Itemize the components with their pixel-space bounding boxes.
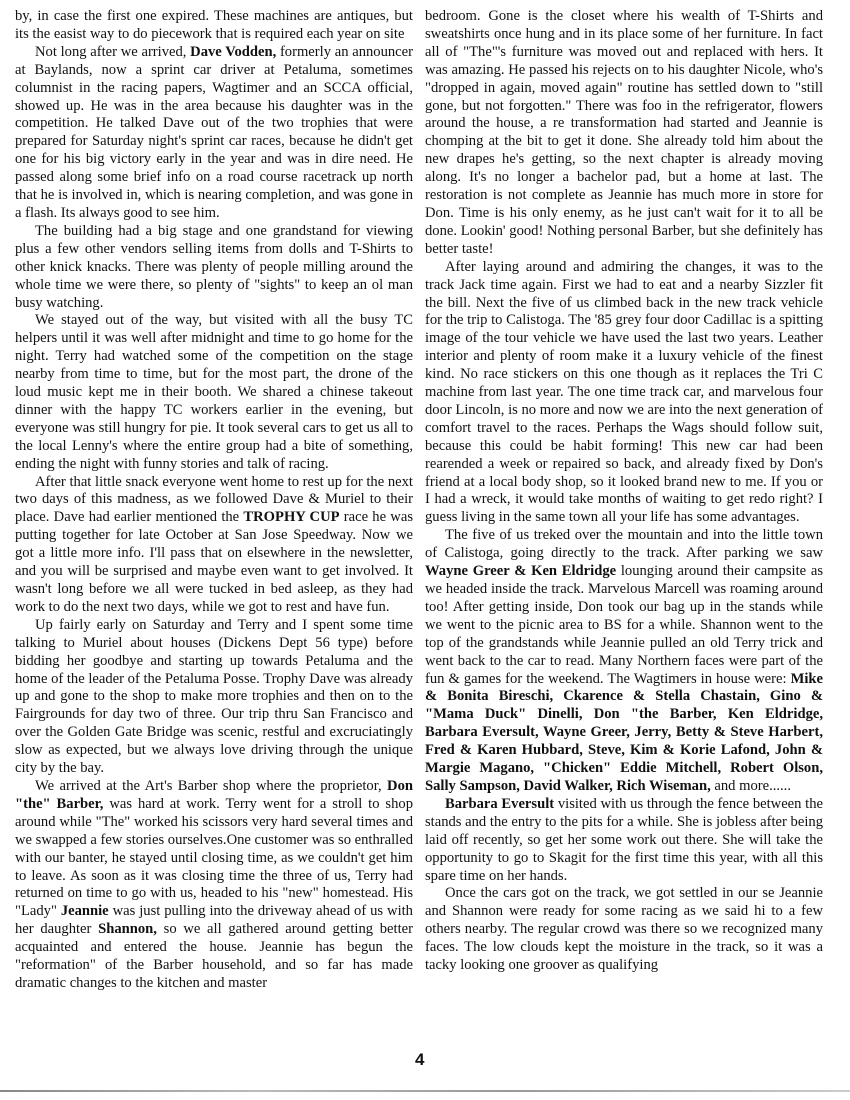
- paragraph: by, in case the first one expired. These…: [15, 8, 413, 44]
- paragraph: After that little snack everyone went ho…: [15, 474, 413, 617]
- paragraph: The building had a big stage and one gra…: [15, 223, 413, 313]
- bold-name: Dave Vodden,: [190, 44, 276, 60]
- bold-name: Shannon,: [98, 921, 157, 937]
- paragraph: bedroom. Gone is the closet where his we…: [425, 8, 823, 259]
- paragraph: We arrived at the Art's Barber shop wher…: [15, 778, 413, 993]
- paragraph: Barbara Eversult visited with us through…: [425, 796, 823, 886]
- paragraph: Up fairly early on Saturday and Terry an…: [15, 617, 413, 778]
- paragraph: We stayed out of the way, but visited wi…: [15, 312, 413, 473]
- paragraph: Not long after we arrived, Dave Vodden, …: [15, 44, 413, 223]
- bottom-rule-divider: [0, 1090, 850, 1092]
- paragraph: Once the cars got on the track, we got s…: [425, 885, 823, 975]
- bold-name: Barbara Eversult: [445, 796, 554, 812]
- newsletter-page: by, in case the first one expired. These…: [0, 0, 850, 1100]
- left-column: by, in case the first one expired. These…: [15, 8, 413, 993]
- bold-name: Wayne Greer & Ken Eldridge: [425, 563, 616, 579]
- page-number: 4: [415, 1050, 424, 1070]
- paragraph: After laying around and admiring the cha…: [425, 259, 823, 528]
- paragraph: The five of us treked over the mountain …: [425, 527, 823, 796]
- right-column: bedroom. Gone is the closet where his we…: [425, 8, 823, 975]
- bold-name: Jeannie: [61, 903, 109, 919]
- bold-event-name: TROPHY CUP: [243, 509, 339, 525]
- bold-attendee-list: Mike & Bonita Bireschi, Ckarence & Stell…: [425, 671, 823, 794]
